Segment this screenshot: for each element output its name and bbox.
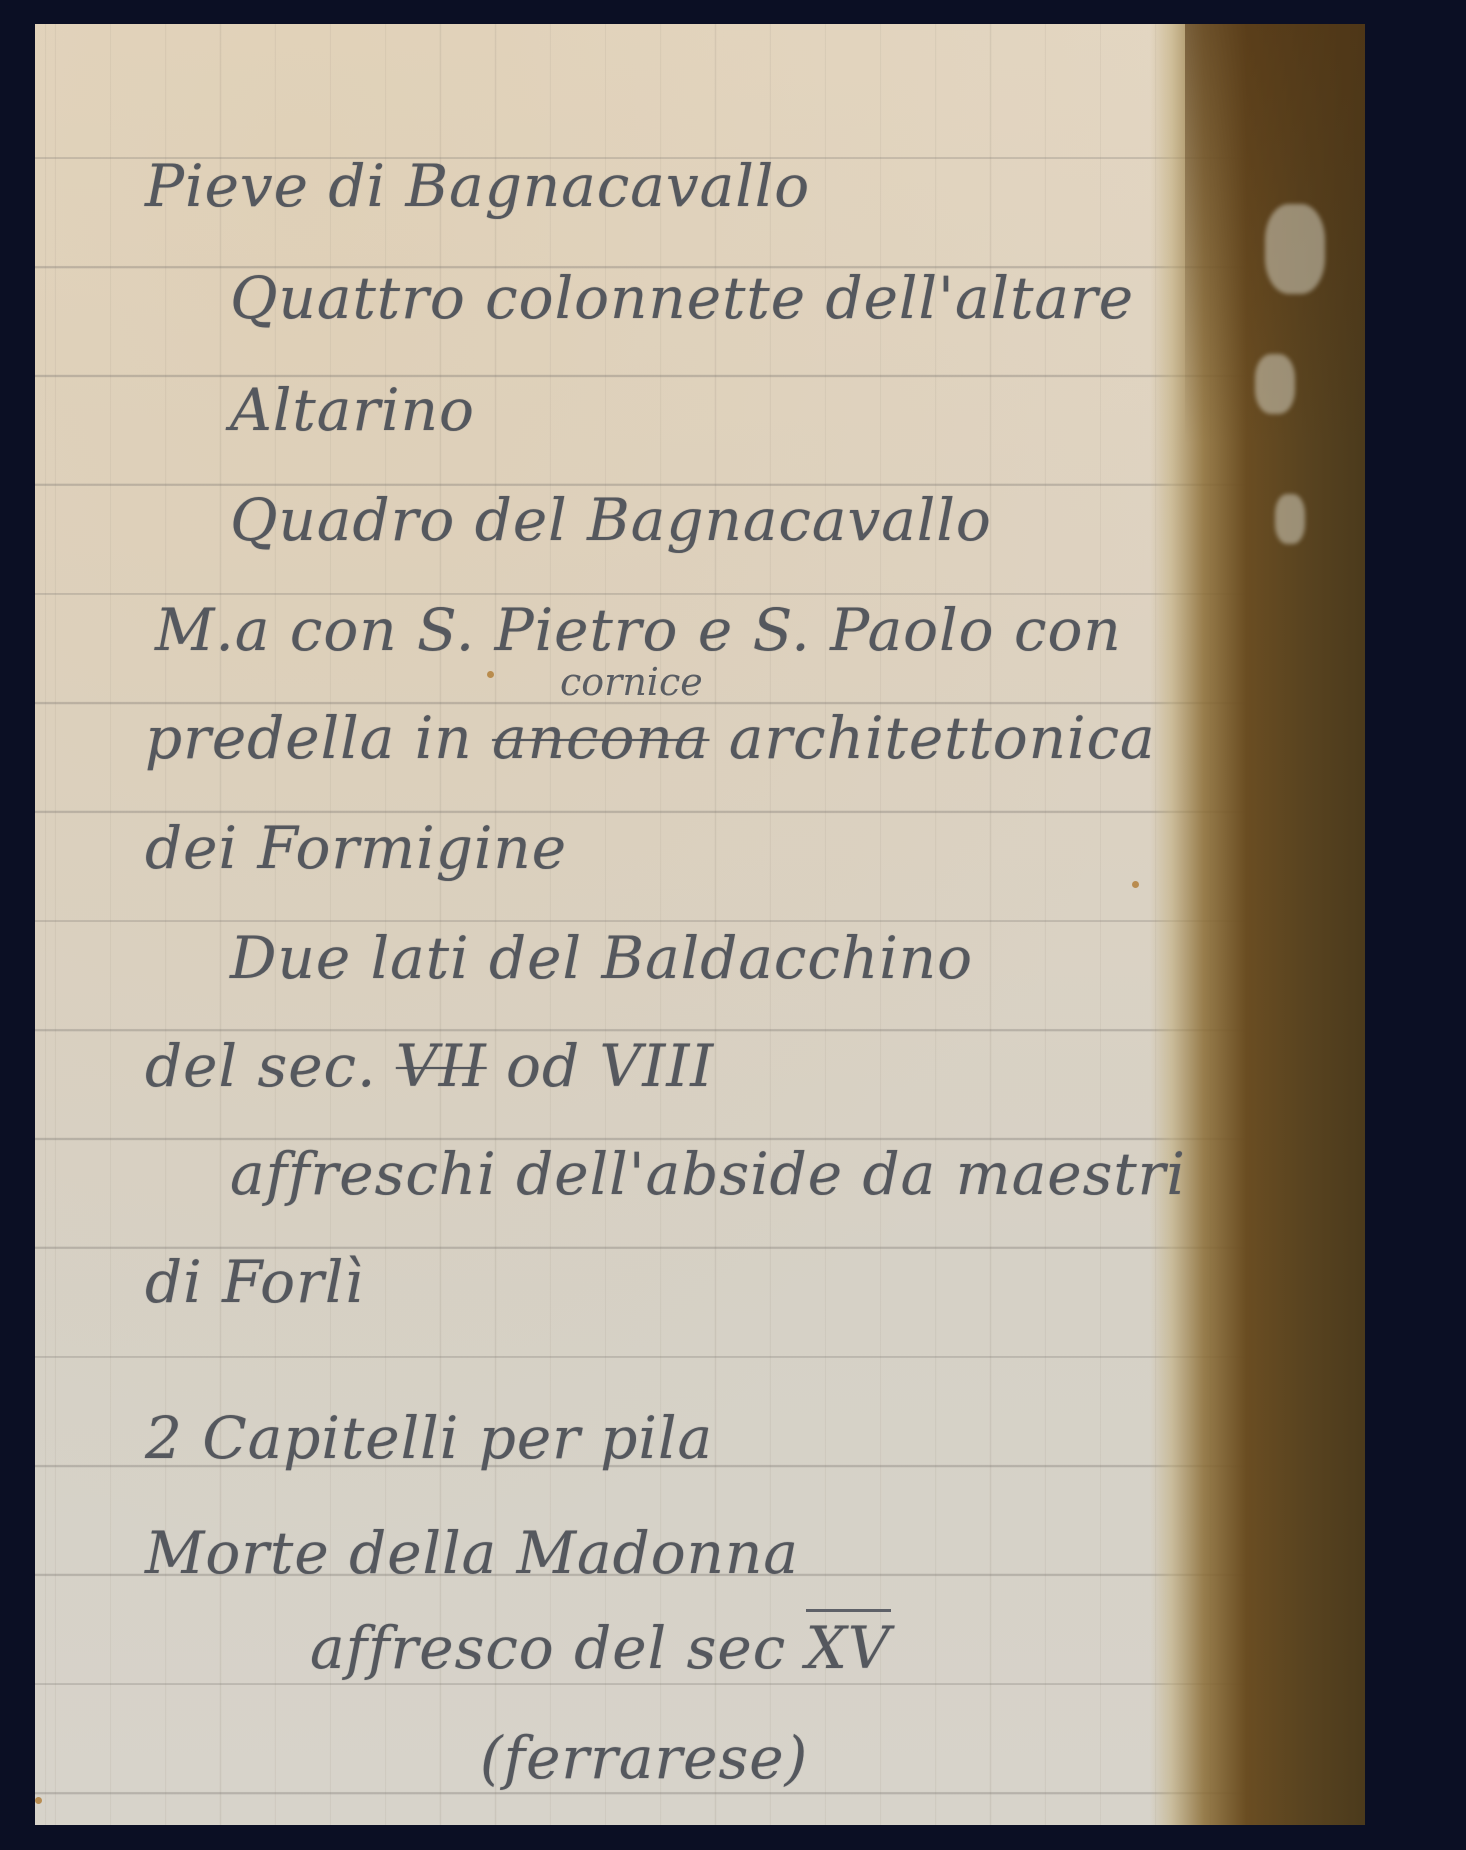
manuscript-line: affresco del sec XV xyxy=(310,1614,891,1682)
manuscript-line: affreschi dell'abside da maestri xyxy=(230,1140,1186,1208)
manuscript-line: Due lati del Baldacchino xyxy=(230,924,973,992)
manuscript-line: Altarino xyxy=(230,376,475,444)
foxing-spot xyxy=(487,671,494,678)
century-numeral: XV xyxy=(806,1609,891,1682)
manuscript-line: del sec. VII od VIII xyxy=(145,1032,714,1100)
manuscript-line: di Forlì xyxy=(145,1248,364,1316)
manuscript-line: Quadro del Bagnacavallo xyxy=(230,486,992,554)
manuscript-line: 2 Capitelli per pila xyxy=(145,1404,713,1472)
line-text: predella in xyxy=(145,704,473,772)
line-text: del sec. xyxy=(145,1032,376,1100)
manuscript-line: Morte della Madonna xyxy=(145,1519,799,1587)
line-text: affresco del sec xyxy=(310,1614,786,1682)
foxing-spot xyxy=(35,1797,42,1804)
manuscript-line: Quattro colonnette dell'altare xyxy=(230,264,1134,332)
manuscript-title: Pieve di Bagnacavallo xyxy=(145,152,810,220)
stain-flake xyxy=(1265,204,1325,294)
foxing-spot xyxy=(1132,881,1139,888)
manuscript-sheet: Pieve di Bagnacavallo Quattro colonnette… xyxy=(35,24,1365,1825)
manuscript-line: M.a con S. Pietro e S. Paolo con xyxy=(155,596,1122,664)
interlinear-insertion: cornice xyxy=(560,660,703,704)
struck-word: VII xyxy=(396,1032,487,1100)
struck-word: ancona xyxy=(492,704,709,772)
line-text: od VIII xyxy=(506,1032,714,1100)
manuscript-line: predella in ancona architettonica xyxy=(145,704,1156,772)
photo-frame: Pieve di Bagnacavallo Quattro colonnette… xyxy=(0,0,1466,1850)
manuscript-line: dei Formigine xyxy=(145,814,567,882)
stain-flake xyxy=(1255,354,1295,414)
stain-flake xyxy=(1275,494,1305,544)
manuscript-line: (ferrarese) xyxy=(480,1724,808,1792)
line-text: architettonica xyxy=(729,704,1156,772)
